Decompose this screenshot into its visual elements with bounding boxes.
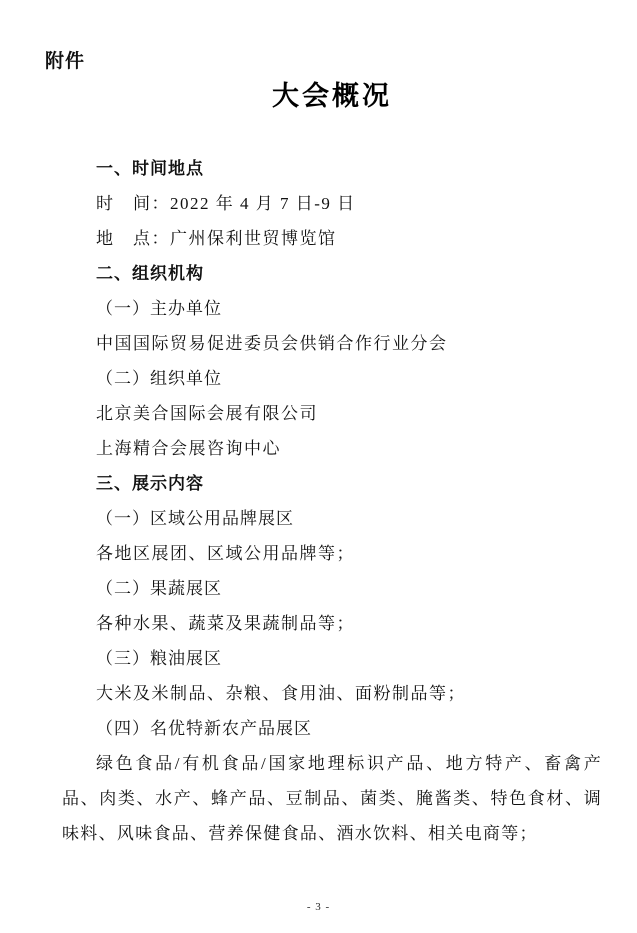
line-body: 上海精合会展咨询中心 <box>62 431 602 466</box>
line-sub: （二）果蔬展区 <box>62 571 602 606</box>
line-sub: （二）组织单位 <box>62 361 602 396</box>
line-sub: （三）粮油展区 <box>62 641 602 676</box>
document-page: 附件 大会概况 一、时间地点时 间：2022 年 4 月 7 日-9 日地 点：… <box>0 0 637 933</box>
line-body: 中国国际贸易促进委员会供销合作行业分会 <box>62 326 602 361</box>
line-para: 绿色食品/有机食品/国家地理标识产品、地方特产、畜禽产品、肉类、水产、蜂产品、豆… <box>62 746 602 851</box>
attachment-label: 附件 <box>45 46 85 73</box>
line-body: 大米及米制品、杂粮、食用油、面粉制品等； <box>62 676 602 711</box>
line-sub: （一）区域公用品牌展区 <box>62 501 602 536</box>
line-sub: （一）主办单位 <box>62 291 602 326</box>
line-heading: 三、展示内容 <box>62 466 602 501</box>
line-body: 地 点：广州保利世贸博览馆 <box>62 221 602 256</box>
line-sub: （四）名优特新农产品展区 <box>62 711 602 746</box>
line-body: 各种水果、蔬菜及果蔬制品等； <box>62 606 602 641</box>
line-body: 北京美合国际会展有限公司 <box>62 396 602 431</box>
document-body: 一、时间地点时 间：2022 年 4 月 7 日-9 日地 点：广州保利世贸博览… <box>62 151 602 851</box>
line-heading: 二、组织机构 <box>62 256 602 291</box>
page-number: - 3 - <box>0 901 637 913</box>
line-body: 各地区展团、区域公用品牌等； <box>62 536 602 571</box>
line-heading: 一、时间地点 <box>62 151 602 186</box>
page-title: 大会概况 <box>62 74 602 113</box>
line-body: 时 间：2022 年 4 月 7 日-9 日 <box>62 186 602 221</box>
